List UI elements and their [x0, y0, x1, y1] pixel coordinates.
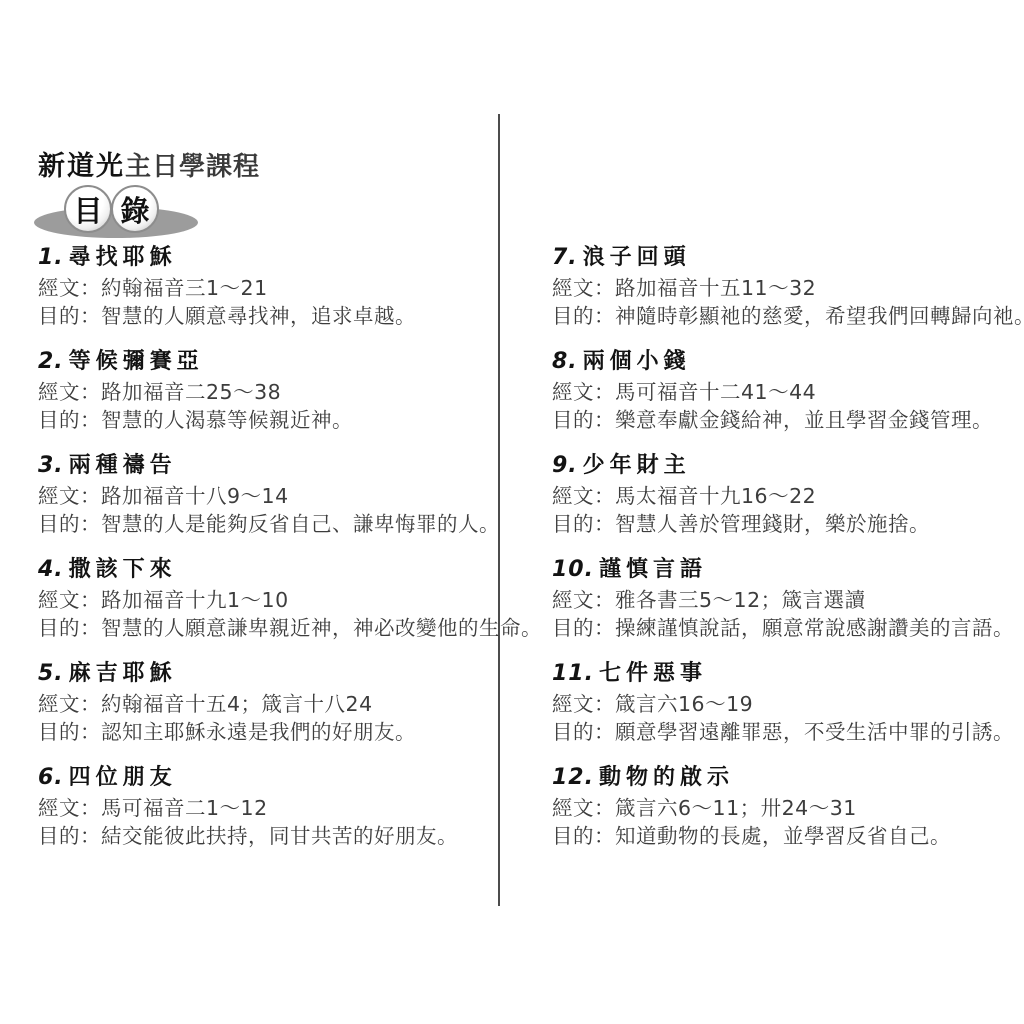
scripture-value: 路加福音十五11～32 — [615, 276, 816, 300]
toc-entry: 3.兩種禱告 經文：路加福音十八9～14 目的：智慧的人是能夠反省自己、謙卑悔罪… — [38, 453, 500, 538]
entry-title-text: 少年財主 — [583, 453, 691, 478]
scripture-label: 經文： — [552, 588, 615, 612]
toc-entry: 8.兩個小錢 經文：馬可福音十二41～44 目的：樂意奉獻金錢給神，並且學習金錢… — [552, 349, 1014, 434]
scripture-label: 經文： — [38, 484, 101, 508]
purpose-label: 目的： — [552, 304, 615, 328]
scripture-value: 約翰福音十五4；箴言十八24 — [101, 692, 373, 716]
brand-name: 新道光 — [38, 151, 125, 182]
scripture-line: 經文：箴言六16～19 — [552, 690, 1014, 718]
scripture-value: 箴言六16～19 — [615, 692, 753, 716]
toc-logo: 目 錄 — [34, 183, 244, 245]
purpose-value: 智慧的人是能夠反省自己、謙卑悔罪的人。 — [101, 512, 500, 536]
entry-title-text: 兩個小錢 — [583, 349, 691, 374]
purpose-label: 目的： — [38, 408, 101, 432]
scripture-line: 經文：馬可福音十二41～44 — [552, 378, 1014, 406]
entry-title: 7.浪子回頭 — [552, 245, 1014, 271]
entry-title-text: 浪子回頭 — [583, 245, 691, 270]
scripture-label: 經文： — [552, 276, 615, 300]
toc-entry: 6.四位朋友 經文：馬可福音二1～12 目的：結交能彼此扶持，同甘共苦的好朋友。 — [38, 765, 500, 850]
purpose-value: 智慧的人願意尋找神，追求卓越。 — [101, 304, 416, 328]
left-column: 1.尋找耶穌 經文：約翰福音三1～21 目的：智慧的人願意尋找神，追求卓越。 2… — [38, 245, 500, 869]
scripture-line: 經文：馬可福音二1～12 — [38, 794, 500, 822]
right-column: 7.浪子回頭 經文：路加福音十五11～32 目的：神隨時彰顯祂的慈愛，希望我們回… — [552, 245, 1014, 869]
header-subtitle: 主日學課程 — [125, 152, 260, 182]
toc-entry: 10.謹慎言語 經文：雅各書三5～12；箴言選讀 目的：操練謹慎說話，願意常說感… — [552, 557, 1014, 642]
scripture-line: 經文：路加福音二25～38 — [38, 378, 500, 406]
scripture-value: 路加福音十九1～10 — [101, 588, 289, 612]
purpose-label: 目的： — [552, 720, 615, 744]
entry-title-text: 尋找耶穌 — [69, 245, 177, 270]
scripture-label: 經文： — [38, 796, 101, 820]
purpose-label: 目的： — [552, 512, 615, 536]
purpose-value: 結交能彼此扶持，同甘共苦的好朋友。 — [101, 824, 458, 848]
entry-number: 11. — [552, 661, 594, 686]
scripture-label: 經文： — [552, 380, 615, 404]
purpose-label: 目的： — [38, 616, 101, 640]
entry-title: 5.麻吉耶穌 — [38, 661, 500, 687]
purpose-line: 目的：認知主耶穌永遠是我們的好朋友。 — [38, 718, 500, 746]
scripture-value: 路加福音十八9～14 — [101, 484, 289, 508]
purpose-value: 操練謹慎說話，願意常說感謝讚美的言語。 — [615, 616, 1014, 640]
entry-number: 10. — [552, 557, 594, 582]
entry-title: 3.兩種禱告 — [38, 453, 500, 479]
toc-entry: 5.麻吉耶穌 經文：約翰福音十五4；箴言十八24 目的：認知主耶穌永遠是我們的好… — [38, 661, 500, 746]
purpose-value: 樂意奉獻金錢給神，並且學習金錢管理。 — [615, 408, 993, 432]
purpose-label: 目的： — [38, 304, 101, 328]
scripture-value: 馬可福音十二41～44 — [615, 380, 816, 404]
entry-title: 12.動物的啟示 — [552, 765, 1014, 791]
scripture-value: 路加福音二25～38 — [101, 380, 281, 404]
scripture-line: 經文：約翰福音三1～21 — [38, 274, 500, 302]
logo-ball-icon: 目 — [64, 185, 112, 233]
page-header: 新道光主日學課程 — [38, 144, 260, 183]
entry-title-text: 七件惡事 — [599, 661, 707, 686]
scripture-line: 經文：馬太福音十九16～22 — [552, 482, 1014, 510]
entry-number: 1. — [38, 245, 64, 270]
entry-number: 2. — [38, 349, 64, 374]
purpose-line: 目的：智慧的人願意謙卑親近神，神必改變他的生命。 — [38, 614, 500, 642]
purpose-line: 目的：智慧的人願意尋找神，追求卓越。 — [38, 302, 500, 330]
toc-entry: 11.七件惡事 經文：箴言六16～19 目的：願意學習遠離罪惡，不受生活中罪的引… — [552, 661, 1014, 746]
logo-ball-icon: 錄 — [111, 185, 159, 233]
entry-title: 11.七件惡事 — [552, 661, 1014, 687]
purpose-value: 認知主耶穌永遠是我們的好朋友。 — [101, 720, 416, 744]
scripture-label: 經文： — [38, 380, 101, 404]
purpose-label: 目的： — [38, 720, 101, 744]
purpose-label: 目的： — [552, 616, 615, 640]
entry-title: 6.四位朋友 — [38, 765, 500, 791]
purpose-label: 目的： — [552, 408, 615, 432]
scripture-line: 經文：路加福音十九1～10 — [38, 586, 500, 614]
scripture-value: 馬太福音十九16～22 — [615, 484, 816, 508]
scripture-line: 經文：箴言六6～11；卅24～31 — [552, 794, 1014, 822]
toc-entry: 4.撒該下來 經文：路加福音十九1～10 目的：智慧的人願意謙卑親近神，神必改變… — [38, 557, 500, 642]
entry-title: 9.少年財主 — [552, 453, 1014, 479]
purpose-value: 智慧人善於管理錢財，樂於施捨。 — [615, 512, 930, 536]
entry-title-text: 等候彌賽亞 — [69, 349, 204, 374]
scripture-value: 約翰福音三1～21 — [101, 276, 268, 300]
entry-title: 10.謹慎言語 — [552, 557, 1014, 583]
entry-number: 5. — [38, 661, 64, 686]
purpose-label: 目的： — [38, 824, 101, 848]
purpose-value: 知道動物的長處，並學習反省自己。 — [615, 824, 951, 848]
purpose-label: 目的： — [552, 824, 615, 848]
toc-page: 新道光主日學課程 目 錄 1.尋找耶穌 經文：約翰福音三1～21 目的：智慧的人… — [0, 0, 1024, 1024]
entry-number: 7. — [552, 245, 578, 270]
scripture-line: 經文：雅各書三5～12；箴言選讀 — [552, 586, 1014, 614]
purpose-value: 智慧的人渴慕等候親近神。 — [101, 408, 353, 432]
entry-title-text: 謹慎言語 — [599, 557, 707, 582]
entry-title: 4.撒該下來 — [38, 557, 500, 583]
entry-number: 3. — [38, 453, 64, 478]
toc-entry: 9.少年財主 經文：馬太福音十九16～22 目的：智慧人善於管理錢財，樂於施捨。 — [552, 453, 1014, 538]
toc-entry: 7.浪子回頭 經文：路加福音十五11～32 目的：神隨時彰顯祂的慈愛，希望我們回… — [552, 245, 1014, 330]
entry-number: 4. — [38, 557, 64, 582]
entry-title-text: 撒該下來 — [69, 557, 177, 582]
entry-title-text: 兩種禱告 — [69, 453, 177, 478]
purpose-line: 目的：智慧人善於管理錢財，樂於施捨。 — [552, 510, 1014, 538]
purpose-value: 神隨時彰顯祂的慈愛，希望我們回轉歸向祂。 — [615, 304, 1024, 328]
purpose-line: 目的：神隨時彰顯祂的慈愛，希望我們回轉歸向祂。 — [552, 302, 1014, 330]
entry-number: 12. — [552, 765, 594, 790]
entry-number: 8. — [552, 349, 578, 374]
toc-entry: 1.尋找耶穌 經文：約翰福音三1～21 目的：智慧的人願意尋找神，追求卓越。 — [38, 245, 500, 330]
entry-title-text: 四位朋友 — [69, 765, 177, 790]
entry-title: 2.等候彌賽亞 — [38, 349, 500, 375]
purpose-line: 目的：操練謹慎說話，願意常說感謝讚美的言語。 — [552, 614, 1014, 642]
entry-title-text: 動物的啟示 — [599, 765, 734, 790]
purpose-line: 目的：願意學習遠離罪惡，不受生活中罪的引誘。 — [552, 718, 1014, 746]
scripture-label: 經文： — [38, 692, 101, 716]
scripture-line: 經文：約翰福音十五4；箴言十八24 — [38, 690, 500, 718]
scripture-value: 雅各書三5～12；箴言選讀 — [615, 588, 866, 612]
purpose-line: 目的：知道動物的長處，並學習反省自己。 — [552, 822, 1014, 850]
entry-number: 6. — [38, 765, 64, 790]
entry-title: 8.兩個小錢 — [552, 349, 1014, 375]
scripture-value: 箴言六6～11；卅24～31 — [615, 796, 857, 820]
purpose-value: 智慧的人願意謙卑親近神，神必改變他的生命。 — [101, 616, 542, 640]
purpose-line: 目的：智慧的人是能夠反省自己、謙卑悔罪的人。 — [38, 510, 500, 538]
purpose-line: 目的：樂意奉獻金錢給神，並且學習金錢管理。 — [552, 406, 1014, 434]
entry-title-text: 麻吉耶穌 — [69, 661, 177, 686]
purpose-label: 目的： — [38, 512, 101, 536]
scripture-line: 經文：路加福音十五11～32 — [552, 274, 1014, 302]
entry-number: 9. — [552, 453, 578, 478]
scripture-label: 經文： — [552, 484, 615, 508]
scripture-line: 經文：路加福音十八9～14 — [38, 482, 500, 510]
scripture-label: 經文： — [552, 692, 615, 716]
purpose-line: 目的：智慧的人渴慕等候親近神。 — [38, 406, 500, 434]
scripture-label: 經文： — [552, 796, 615, 820]
logo-char-1: 目 — [73, 189, 102, 230]
entry-title: 1.尋找耶穌 — [38, 245, 500, 271]
purpose-value: 願意學習遠離罪惡，不受生活中罪的引誘。 — [615, 720, 1014, 744]
toc-entry: 12.動物的啟示 經文：箴言六6～11；卅24～31 目的：知道動物的長處，並學… — [552, 765, 1014, 850]
purpose-line: 目的：結交能彼此扶持，同甘共苦的好朋友。 — [38, 822, 500, 850]
logo-char-2: 錄 — [120, 189, 149, 230]
scripture-value: 馬可福音二1～12 — [101, 796, 268, 820]
scripture-label: 經文： — [38, 276, 101, 300]
toc-entry: 2.等候彌賽亞 經文：路加福音二25～38 目的：智慧的人渴慕等候親近神。 — [38, 349, 500, 434]
scripture-label: 經文： — [38, 588, 101, 612]
